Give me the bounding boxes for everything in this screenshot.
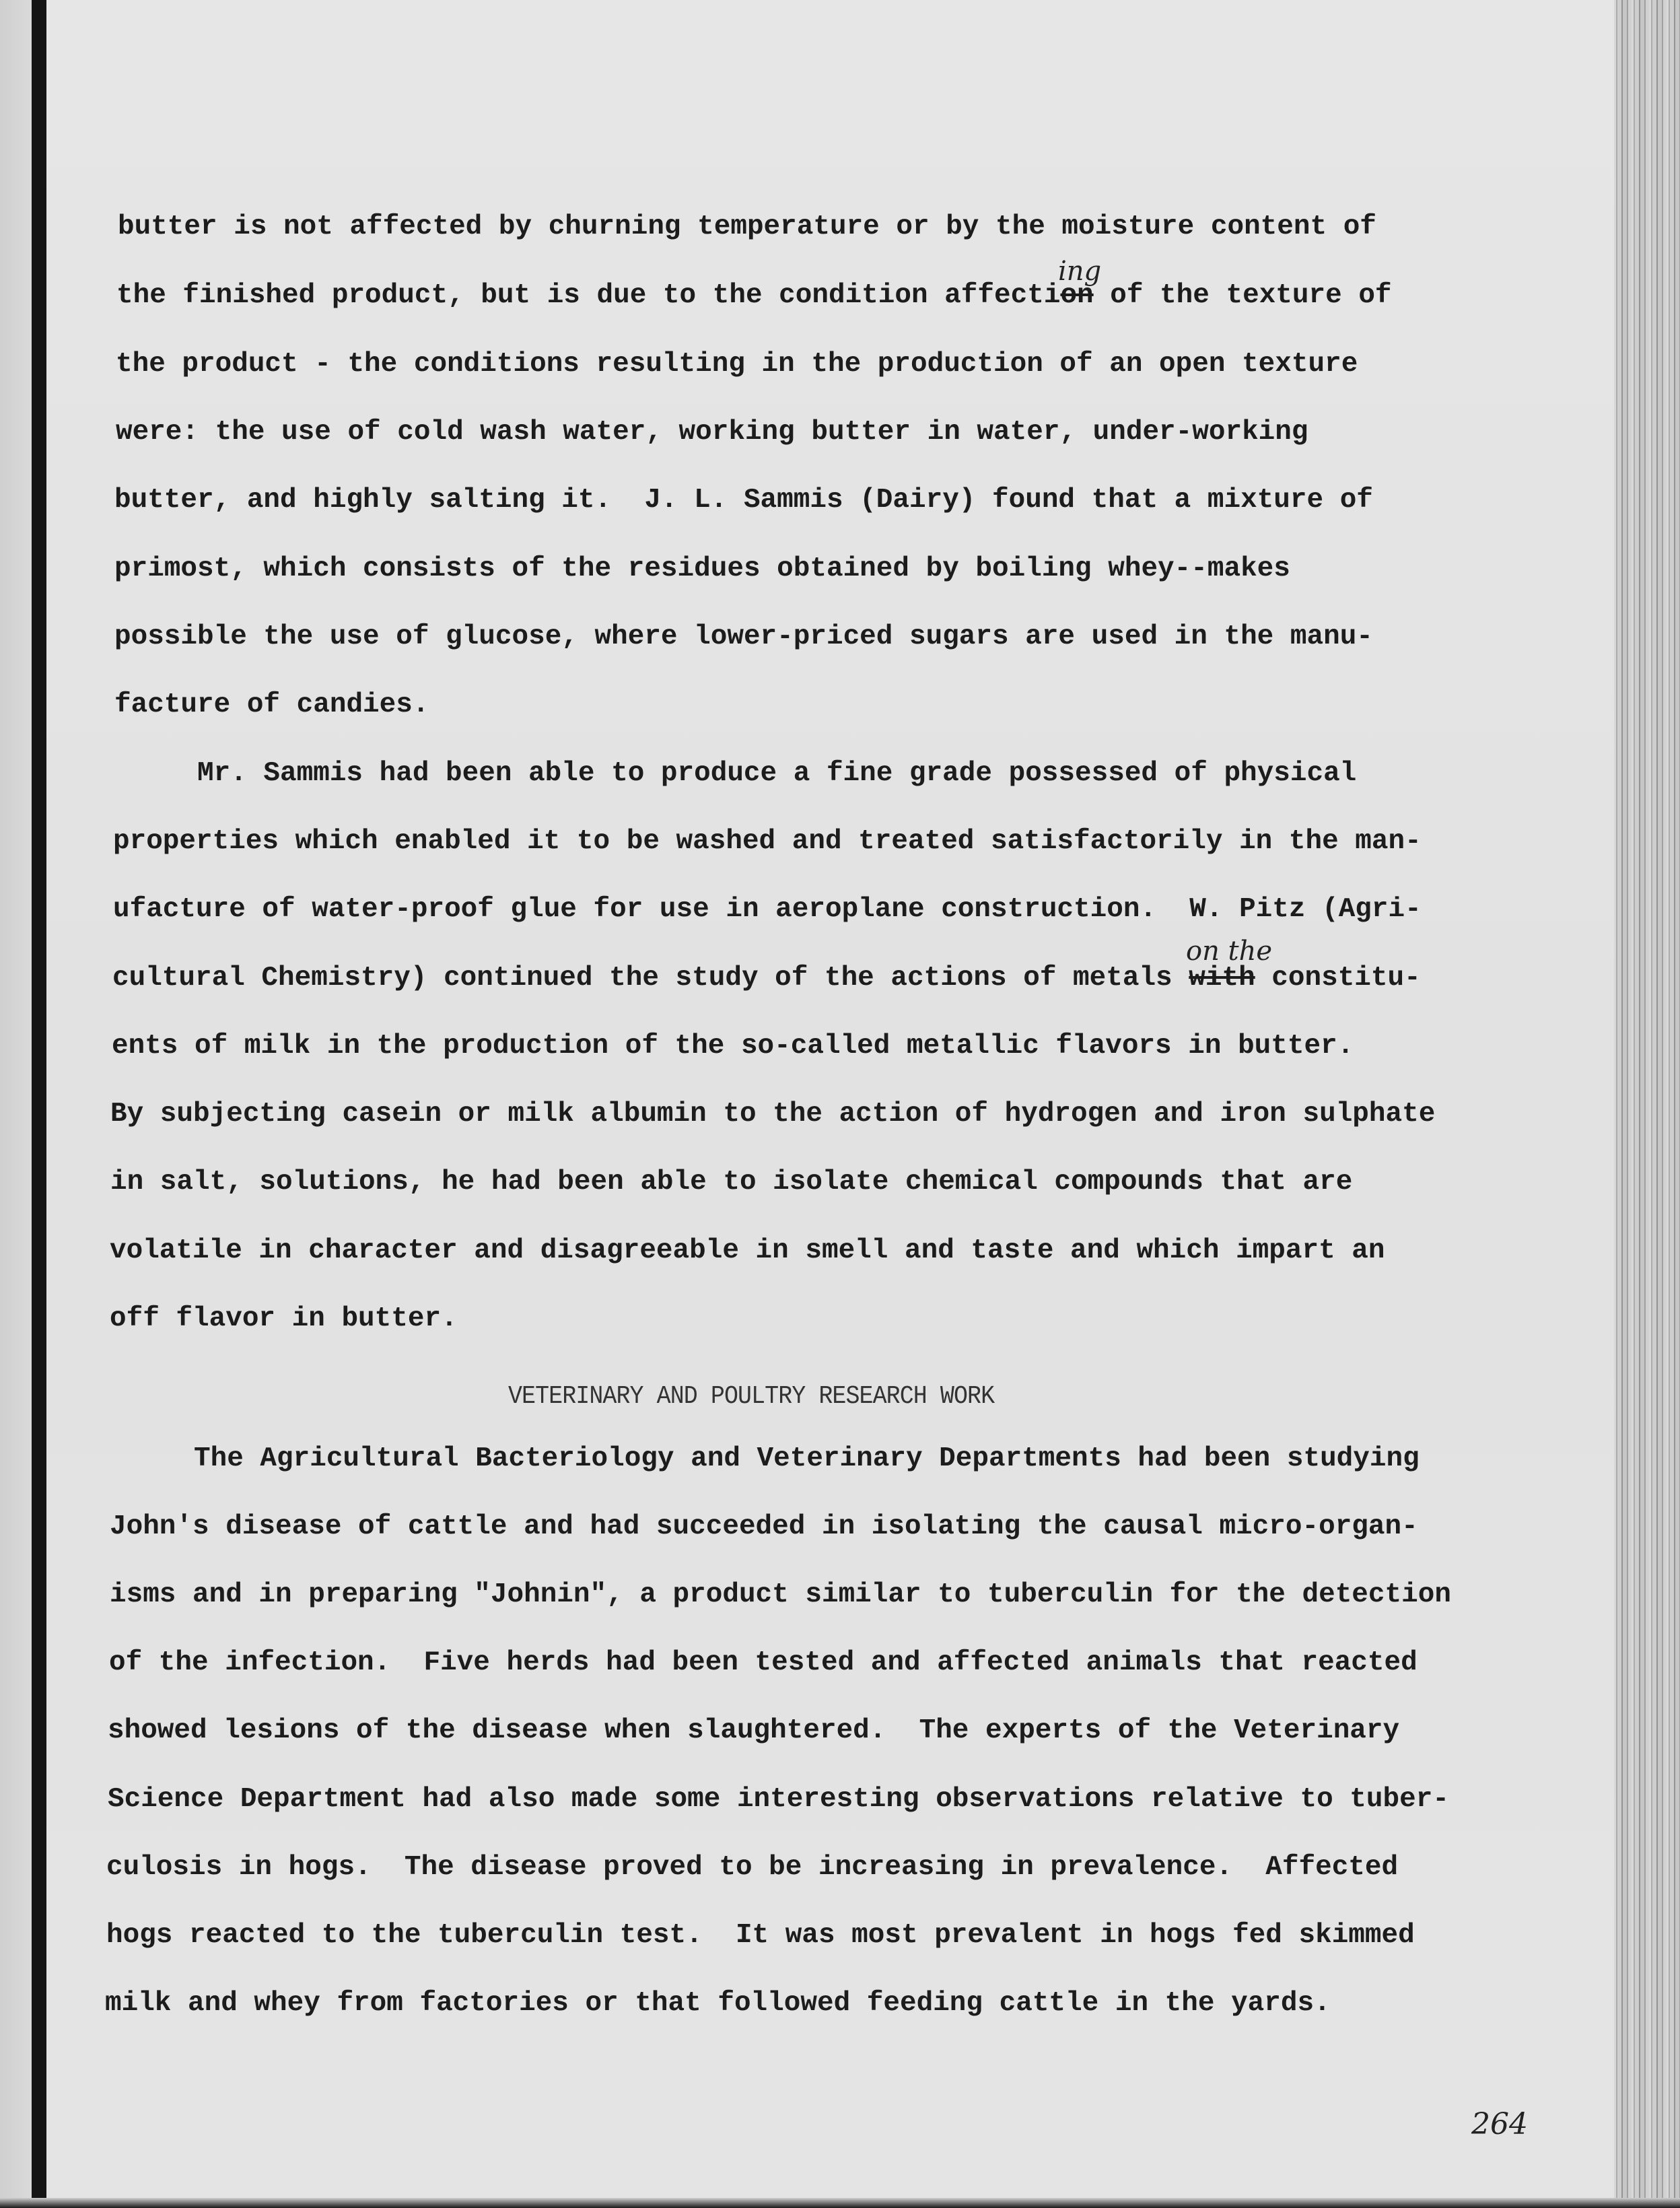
text-line: milk and whey from factories or that fol… bbox=[105, 1987, 1331, 2020]
scan-bottom-edge bbox=[0, 2198, 1680, 2208]
section-heading: VETERINARY AND POULTRY RESEARCH WORK bbox=[508, 1380, 994, 1414]
text-line: ufacture of water-proof glue for use in … bbox=[113, 893, 1422, 926]
text-line: the product - the conditions resulting i… bbox=[116, 347, 1358, 381]
text-line: facture of candies. bbox=[114, 688, 429, 722]
text-line: showed lesions of the disease when slaug… bbox=[108, 1714, 1399, 1748]
scan-left-margin bbox=[0, 0, 32, 2208]
text-line: butter is not affected by churning tempe… bbox=[118, 210, 1376, 244]
text-line: properties which enabled it to be washed… bbox=[113, 825, 1422, 858]
text-line: hogs reacted to the tuberculin test. It … bbox=[106, 1919, 1415, 1952]
handwritten-correction: on the bbox=[1186, 936, 1272, 967]
page-number: 264 bbox=[1471, 2107, 1528, 2141]
text-line: culosis in hogs. The disease proved to b… bbox=[106, 1851, 1398, 1884]
text-fragment: cultural Chemistry) continued the study … bbox=[112, 963, 1189, 994]
scan-binding-edge bbox=[32, 0, 46, 2208]
text-line: of the infection. Five herds had been te… bbox=[109, 1646, 1417, 1680]
text-line: isms and in preparing "Johnin", a produc… bbox=[110, 1578, 1451, 1612]
text-line: The Agricultural Bacteriology and Veteri… bbox=[194, 1442, 1420, 1476]
text-fragment: the finished product, but is due to the … bbox=[116, 280, 1060, 311]
text-line: in salt, solutions, he had been able to … bbox=[110, 1165, 1352, 1199]
text-line: possible the use of glucose, where lower… bbox=[114, 620, 1373, 654]
text-line: off flavor in butter. bbox=[110, 1302, 458, 1336]
handwritten-correction: ing bbox=[1058, 256, 1101, 287]
text-line: the finished product, but is due to the … bbox=[116, 279, 1392, 312]
struck-text: with bbox=[1189, 963, 1255, 994]
text-line: John's disease of cattle and had succeed… bbox=[110, 1510, 1418, 1544]
text-line: volatile in character and disagreeable i… bbox=[110, 1234, 1385, 1268]
text-fragment: of the texture of bbox=[1094, 280, 1392, 311]
text-line: were: the use of cold wash water, workin… bbox=[116, 415, 1308, 449]
book-page-edges bbox=[1614, 0, 1680, 2208]
text-fragment: constitu- bbox=[1255, 963, 1421, 994]
text-line: By subjecting casein or milk albumin to … bbox=[110, 1097, 1435, 1131]
text-line: primost, which consists of the residues … bbox=[114, 552, 1290, 586]
text-line: Mr. Sammis had been able to produce a fi… bbox=[197, 757, 1356, 790]
text-line: Science Department had also made some in… bbox=[108, 1783, 1449, 1816]
text-line: butter, and highly salting it. J. L. Sam… bbox=[114, 483, 1373, 517]
text-line: ents of milk in the production of the so… bbox=[112, 1029, 1354, 1063]
